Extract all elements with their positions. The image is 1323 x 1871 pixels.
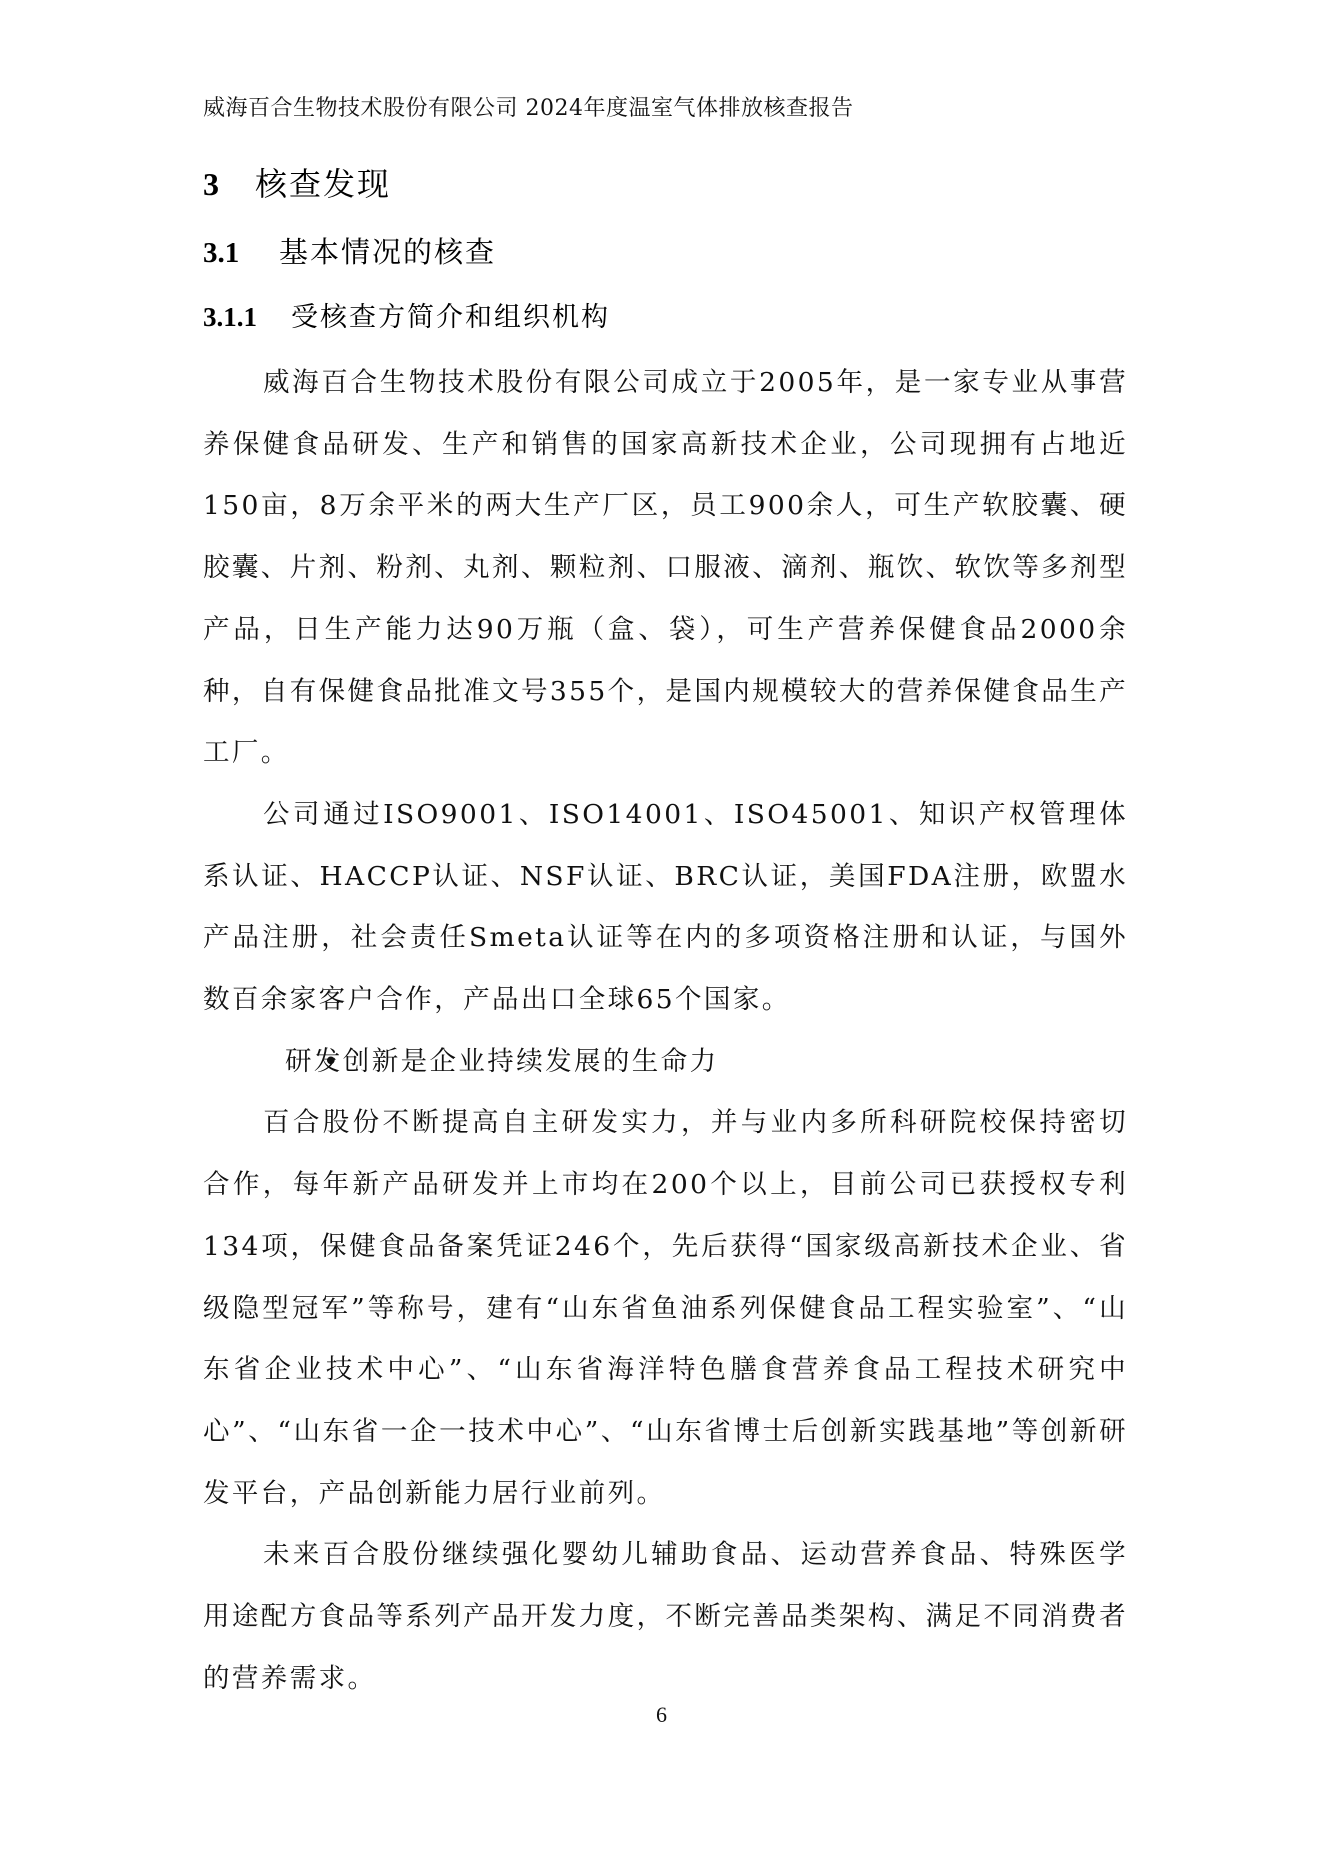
paragraph-rnd: 百合股份不断提高自主研发实力，并与业内多所科研院校保持密切合作，每年新产品研发并… [203,1092,1128,1524]
section-heading-3: 3核查发现 [203,162,391,206]
section-number: 3.1 [203,233,279,273]
running-header: 威海百合生物技术股份有限公司 2024年度温室气体排放核查报告 [203,94,853,124]
bullet-text: 研发创新是企业持续发展的生命力 [285,1046,719,1077]
paragraph-future: 未来百合股份继续强化婴幼儿辅助食品、运动营养食品、特殊医学用途配方食品等系列产品… [203,1524,1128,1709]
body-text: 威海百合生物技术股份有限公司成立于2005年，是一家专业从事营养保健食品研发、生… [203,352,1128,1709]
section-title: 受核查方简介和组织机构 [291,299,610,337]
paragraph-certifications: 公司通过ISO9001、ISO14001、ISO45001、知识产权管理体系认证… [203,784,1128,1031]
section-heading-3-1-1: 3.1.1受核查方简介和组织机构 [203,298,610,337]
section-title: 基本情况的核查 [279,232,496,272]
bullet-icon: • [263,1031,285,1093]
section-heading-3-1: 3.1基本情况的核查 [203,232,496,273]
bullet-item: •研发创新是企业持续发展的生命力 [203,1031,1128,1093]
paragraph-company-intro: 威海百合生物技术股份有限公司成立于2005年，是一家专业从事营养保健食品研发、生… [203,352,1128,784]
page-number: 6 [0,1700,1323,1730]
section-number: 3.1.1 [203,298,291,336]
section-title: 核查发现 [255,162,391,206]
section-number: 3 [203,162,255,206]
document-page: 威海百合生物技术股份有限公司 2024年度温室气体排放核查报告 3核查发现 3.… [0,0,1323,1871]
